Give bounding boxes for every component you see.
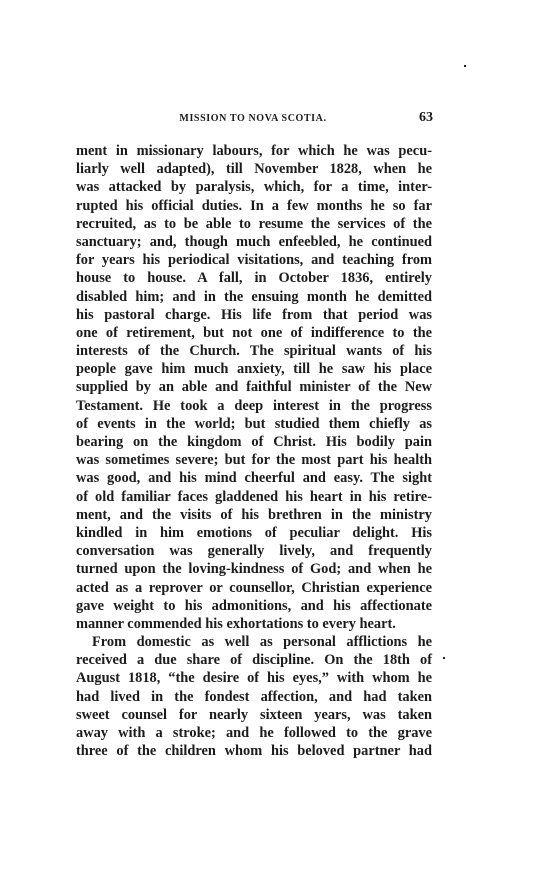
scan-speck (443, 657, 445, 659)
text-line: supplied by an able and faithful ministe… (76, 378, 432, 396)
text-line: for years his periodical visitations, an… (76, 251, 432, 269)
text-line: three of the children whom his beloved p… (76, 742, 432, 760)
text-line: received a due share of discipline. On t… (76, 651, 432, 669)
text-line: ment in missionary labours, for which he… (76, 142, 432, 160)
text-line: recruited, as to be able to resume the s… (76, 215, 432, 233)
text-line: was good, and his mind cheerful and easy… (76, 469, 432, 487)
page-number: 63 (419, 110, 433, 126)
text-line: away with a stroke; and he followed to t… (76, 724, 432, 742)
text-line: interests of the Church. The spiritual w… (76, 342, 432, 360)
text-line: liarly well adapted), till November 1828… (76, 160, 432, 178)
text-line: house to house. A fall, in October 1836,… (76, 269, 432, 287)
text-line: bearing on the kingdom of Christ. His bo… (76, 433, 432, 451)
text-line: Testament. He took a deep interest in th… (76, 397, 432, 415)
text-line: one of retirement, but not one of indiff… (76, 324, 432, 342)
text-line: From domestic as well as personal afflic… (76, 633, 432, 651)
text-line: acted as a reprover or counsellor, Chris… (76, 579, 432, 597)
text-line: ment, and the visits of his brethren in … (76, 506, 432, 524)
text-line: was sometimes severe; but for the most p… (76, 451, 432, 469)
text-line: of events in the world; but studied them… (76, 415, 432, 433)
text-line: people gave him much anxiety, till he sa… (76, 360, 432, 378)
text-line: his pastoral charge. His life from that … (76, 306, 432, 324)
text-line: kindled in him emotions of peculiar deli… (76, 524, 432, 542)
body-text: ment in missionary labours, for which he… (76, 142, 432, 760)
paragraph-1: ment in missionary labours, for which he… (76, 142, 432, 633)
running-head: MISSION TO NOVA SCOTIA. 63 (75, 110, 431, 126)
text-line: sweet counsel for nearly sixteen years, … (76, 706, 432, 724)
text-line: turned upon the loving-kindness of God; … (76, 560, 432, 578)
text-line: manner commended his exhortations to eve… (76, 615, 432, 633)
text-line: rupted his official duties. In a few mon… (76, 197, 432, 215)
running-title: MISSION TO NOVA SCOTIA. (75, 113, 431, 124)
text-line: August 1818, “the desire of his eyes,” w… (76, 669, 432, 687)
scan-speck (464, 65, 466, 67)
text-line: disabled him; and in the ensuing month h… (76, 288, 432, 306)
text-line: gave weight to his admonitions, and his … (76, 597, 432, 615)
text-line: had lived in the fondest affection, and … (76, 688, 432, 706)
paragraph-2: From domestic as well as personal afflic… (76, 633, 432, 760)
book-page: MISSION TO NOVA SCOTIA. 63 ment in missi… (0, 0, 537, 870)
text-line: of old familiar faces gladdened his hear… (76, 488, 432, 506)
text-line: sanctuary; and, though much enfeebled, h… (76, 233, 432, 251)
text-line: was attacked by paralysis, which, for a … (76, 178, 432, 196)
text-line: conversation was generally lively, and f… (76, 542, 432, 560)
